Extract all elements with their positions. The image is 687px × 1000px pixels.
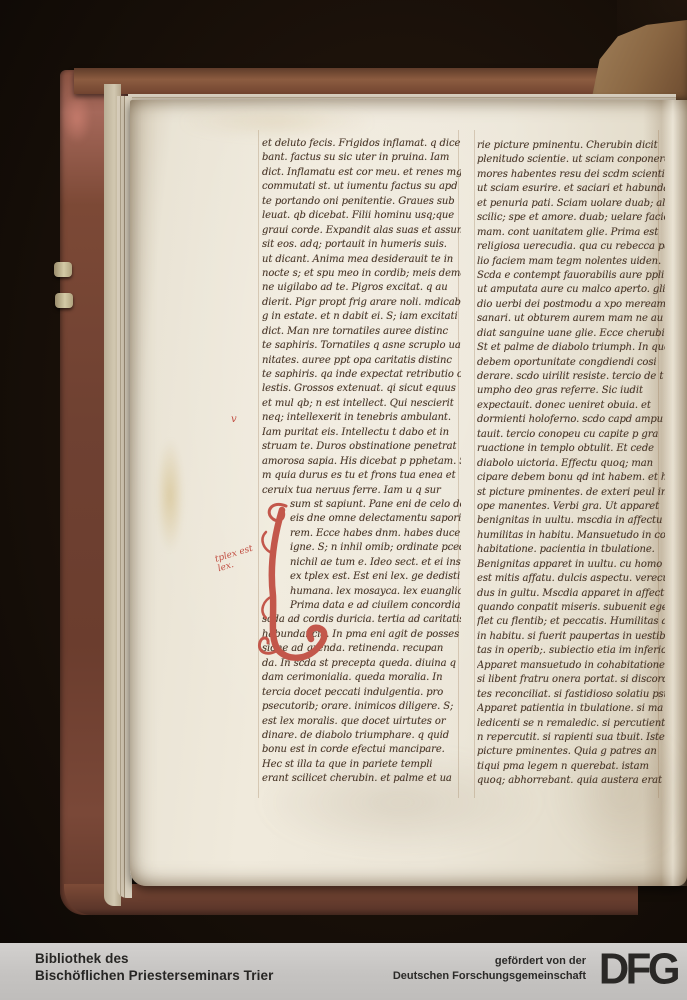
manuscript-text-line: sanari. ut obturem aurem mam ne au [477, 312, 665, 326]
manuscript-text-line: habitatione. pacientia in tbulatione. [477, 543, 665, 557]
manuscript-text-line: Apparet patientia in tbulatione. si ma [477, 702, 665, 716]
manuscript-text-line: mam. cont uanitatem glie. Prima est [477, 226, 665, 240]
manuscript-text-line: tauit. tercio conopeu cu capite p gra [477, 428, 665, 442]
manuscript-text-line: diabolo uictoria. Effectu quoq; man [477, 457, 665, 471]
library-name-line2: Bischöflichen Priesterseminars Trier [35, 968, 273, 985]
manuscript-text-line: amorosa sapia. His dicebat p pphetam. Sc… [262, 455, 461, 469]
manuscript-text-line: psecutorib; orare. inimicos diligere. S; [262, 700, 461, 714]
manuscript-text-line: ut amputata aure cu malco aperto. gli [477, 283, 665, 297]
manuscript-text-line: est lex moralis. que docet uirtutes or [262, 715, 461, 729]
manuscript-text-line: nocte s; et spu meo in cordib; meis dema [262, 267, 461, 281]
manuscript-text-line: St et palme de diabolo triumph. In quo [477, 341, 665, 355]
text-column-right: rie picture pminentu. Cherubin dicitplen… [477, 139, 665, 789]
manuscript-text-line: leuat. qb dicebat. Filii hominu usq;que [262, 209, 461, 223]
column-rule [258, 130, 259, 798]
manuscript-text-line: bonu est in corde efectui mancipare. [262, 743, 461, 757]
manuscript-text-line: et penuria pati. Sciam uolare duab; alis [477, 197, 665, 211]
manuscript-text-line: neq; intellexerit in tenebris ambulant. [262, 411, 461, 425]
manuscript-text-line: picture pminentes. Quia g patres an [477, 745, 665, 759]
manuscript-text-line: te saphiris. Tornatiles q asne scruplo u… [262, 339, 461, 353]
leather-corner-flap [591, 20, 687, 102]
manuscript-text-line: g in estate. et n dabit ei. S; iam excit… [262, 310, 461, 324]
manuscript-text-line: Apparet mansuetudo in cohabitatione. [477, 659, 665, 673]
manuscript-text-line: commutati st. ut iumentu factus su apd [262, 180, 461, 194]
manuscript-text-line: quando conpatit miseris. subuenit egens [477, 601, 665, 615]
manuscript-text-line: si libent fratru onera portat. si discor… [477, 673, 665, 687]
manuscript-text-line: tiqui pma legem n querebat. istam [477, 760, 665, 774]
manuscript-text-line: benignitas in uultu. mscdia in affectu [477, 514, 665, 528]
illuminated-initial-L [244, 492, 334, 672]
manuscript-text-line: debem oportunitate congdiendi cosi [477, 356, 665, 370]
quire-mark: v [231, 414, 237, 425]
manuscript-text-line: Scda e contempt fauorabilis aure ppli [477, 269, 665, 283]
funding-credit: gefördert von der Deutschen Forschungsge… [393, 954, 586, 983]
manuscript-text-line: dict. Inflamatu est cor meu. et renes mg [262, 166, 461, 180]
manuscript-text-line: te saphiris. qa inde expectat retributio… [262, 368, 461, 382]
library-name-line1: Bibliothek des [35, 951, 273, 968]
manuscript-text-line: cipare debem bonu qd int habem. et he [477, 471, 665, 485]
manuscript-text-line: et deluto fecis. Frigidos inflamat. q di… [262, 137, 461, 151]
manuscript-text-line: dormienti holoferno. scdo capd ampu [477, 413, 665, 427]
manuscript-text-line: nitates. auree ppt opa caritatis distinc [262, 354, 461, 368]
manuscript-text-line: expectauit. donec ueniret obuia. et [477, 399, 665, 413]
caption-bar: Bibliothek des Bischöflichen Priestersem… [0, 943, 687, 1000]
manuscript-page: et deluto fecis. Frigidos inflamat. q di… [130, 100, 687, 886]
column-rule [474, 130, 475, 798]
manuscript-text-line: m quia durus es tu et frons tua enea et [262, 469, 461, 483]
manuscript-text-line: scilic; spe et amore. duab; uelare facie… [477, 211, 665, 225]
manuscript-text-line: ut dicant. Anima mea desiderauit te in [262, 253, 461, 267]
manuscript-text-line: et mul qb; n est intellect. Qui nescieri… [262, 397, 461, 411]
manuscript-text-line: tes reconciliat. si fastidioso solatiu p… [477, 688, 665, 702]
manuscript-text-line: diat sanguine uane glie. Ecce cherubi [477, 327, 665, 341]
manuscript-text-line: ut sciam esurire. et saciari et habundar… [477, 182, 665, 196]
clasp-nub [55, 293, 73, 308]
manuscript-text-line: struam te. Duros obstinatione penetrat [262, 440, 461, 454]
manuscript-text-line: Hec st illa ta que in pariete templi [262, 758, 461, 772]
manuscript-text-line: religiosa uerecudia. qua cu rebecca pal [477, 240, 665, 254]
dfg-logo: DFG [599, 944, 677, 994]
book-cover-bottom-edge [64, 884, 638, 915]
manuscript-text-line: dierit. Pigr propt frig arare noli. mdic… [262, 296, 461, 310]
manuscript-text-line: ne uigilabo ad te. Pigros excitat. q au [262, 281, 461, 295]
manuscript-text-line: Benignitas apparet in uultu. cu homo [477, 558, 665, 572]
manuscript-text-line: dam cerimonialia. queda moralia. In [262, 671, 461, 685]
manuscript-text-line: flet cu flentib; et peccatis. Humilitas … [477, 615, 665, 629]
manuscript-text-line: ruactione in templo obtulit. Et cede [477, 442, 665, 456]
manuscript-text-line: quoq; abhorrebant. quia austera erat [477, 774, 665, 788]
manuscript-text-line: bant. factus su sic uter in pruina. Iam [262, 151, 461, 165]
manuscript-text-line: tercia docet peccati indulgentia. pro [262, 686, 461, 700]
manuscript-text-line: derare. scdo uirilit resiste. tercio de … [477, 370, 665, 384]
library-name: Bibliothek des Bischöflichen Priestersem… [35, 951, 273, 984]
manuscript-text-line: ope manentes. Verbi gra. Ut apparet [477, 500, 665, 514]
manuscript-text-line: sit eos. adq; portauit in humeris suis. [262, 238, 461, 252]
funding-credit-line1: gefördert von der [393, 954, 586, 969]
manuscript-text-line: est mitis affatu. dulcis aspectu. verecu [477, 572, 665, 586]
manuscript-text-line: dict. Man nre tornatiles auree distinc [262, 325, 461, 339]
leather-worn-patch [62, 92, 92, 144]
manuscript-text-line: ledicenti se n remaledic. si percutienti [477, 717, 665, 731]
manuscript-text-line: te portando oni penitentie. Graues sub [262, 195, 461, 209]
manuscript-text-line: lestis. Grossos extenuat. qi sicut equus [262, 382, 461, 396]
manuscript-text-line: dio uerbi dei postmodu a xpo mereamur [477, 298, 665, 312]
manuscript-text-line: graui corde. Expandit alas suas et assum… [262, 224, 461, 238]
manuscript-text-line: st picture pminentes. de exteri peul in [477, 486, 665, 500]
manuscript-text-line: lio faciem mam tegm nolentes uiden. [477, 255, 665, 269]
manuscript-text-line: n repercutit. si rapienti sua tbuit. Ist… [477, 731, 665, 745]
parchment-stain [182, 108, 372, 136]
manuscript-text-line: plenitudo scientie. ut sciam conponere [477, 153, 665, 167]
clasp-nub [54, 262, 72, 277]
manuscript-text-line: dinare. de diabolo triumphare. q quid [262, 729, 461, 743]
funding-credit-line2: Deutschen Forschungsgemeinschaft [393, 969, 586, 984]
text-column-left: et deluto fecis. Frigidos inflamat. q di… [262, 137, 461, 787]
manuscript-text-line: humilitas in habitu. Mansuetudo in co [477, 529, 665, 543]
manuscript-text-line: mores habentes resu dei scdm scientia [477, 168, 665, 182]
manuscript-text-line: Iam puritat eis. Intellectu t dabo et in [262, 426, 461, 440]
manuscript-text-line: rie picture pminentu. Cherubin dicit [477, 139, 665, 153]
manuscript-text-line: erant scilicet cherubin. et palme et ua [262, 772, 461, 786]
manuscript-text-line: tas in operib;. subiectio etia im inferi… [477, 644, 665, 658]
parchment-stain [156, 438, 184, 553]
manuscript-text-line: umpho deo gras referre. Sic iudit [477, 384, 665, 398]
digitized-manuscript-photo: et deluto fecis. Frigidos inflamat. q di… [0, 0, 687, 1000]
manuscript-text-line: dus in gultu. Mscdia apparet in affectu. [477, 587, 665, 601]
manuscript-text-line: in habitu. si fuerit paupertas in uestib… [477, 630, 665, 644]
